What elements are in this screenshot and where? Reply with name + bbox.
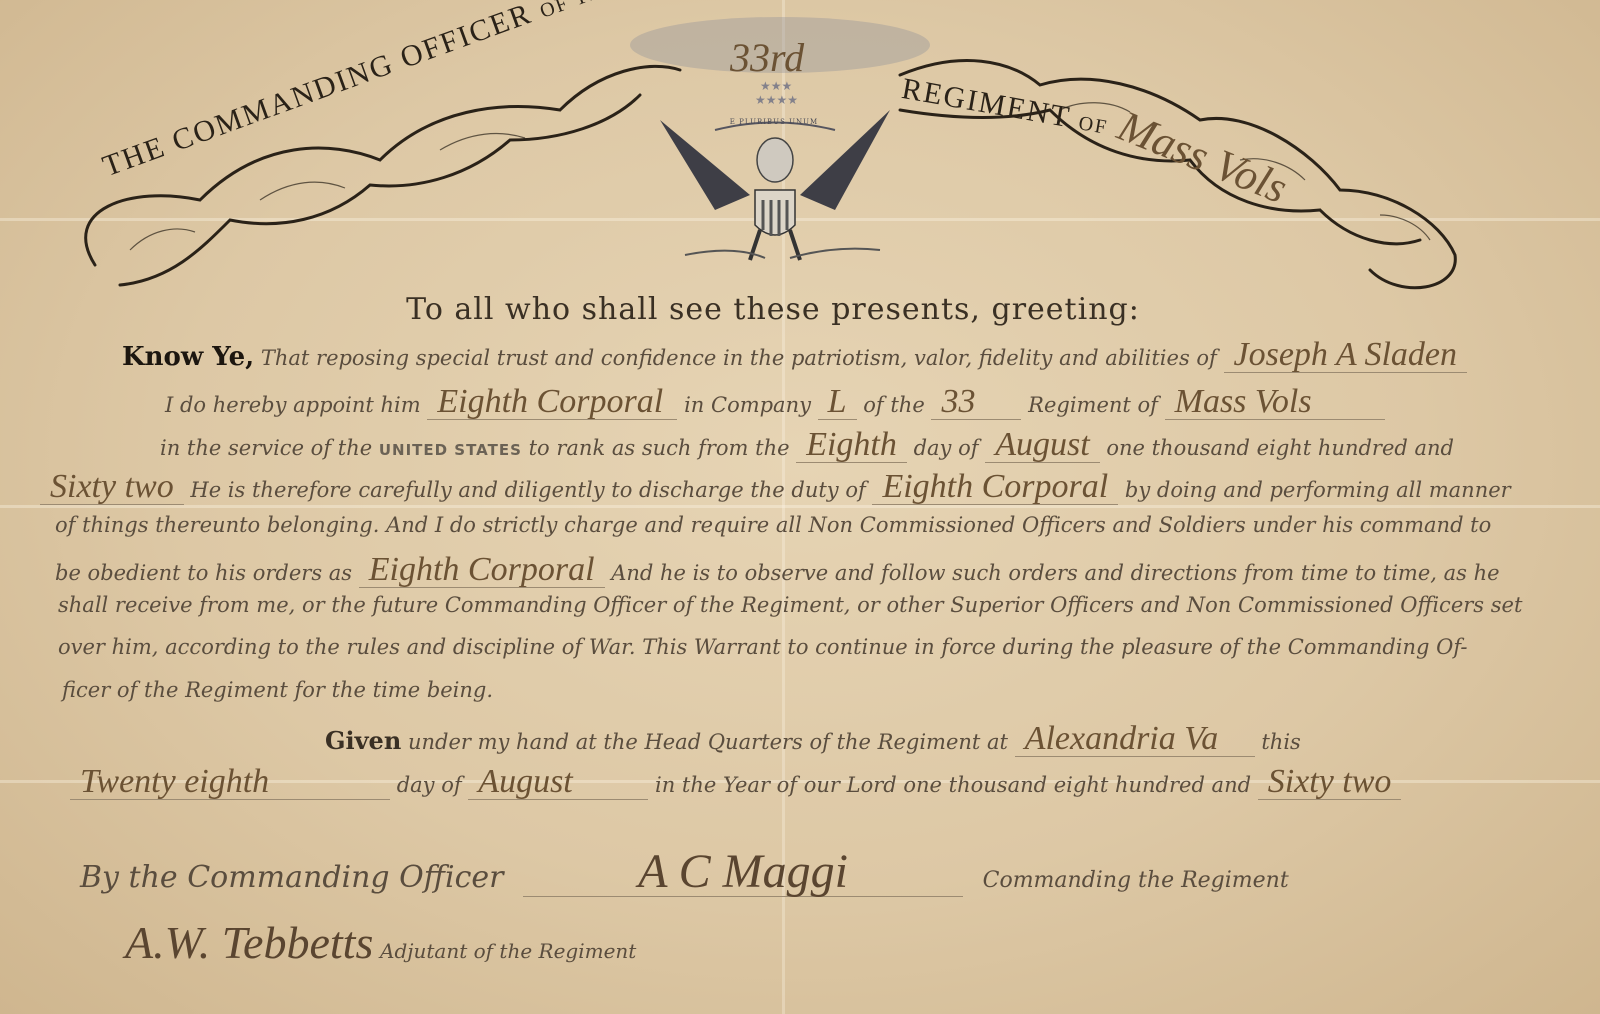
given-year-field: Sixty two [1258, 765, 1402, 800]
body-text: this [1261, 730, 1300, 754]
adjutant-title: Adjutant of the Regiment [380, 939, 636, 963]
rank-day-field: Eighth [796, 428, 907, 463]
given-heading: Given [325, 726, 401, 755]
body-line-7: shall receive from me, or the future Com… [58, 595, 1522, 616]
body-line-8: over him, according to the rules and dis… [58, 637, 1468, 658]
title-of: OF [1077, 112, 1110, 139]
body-text: in the service of the [160, 436, 372, 460]
body-text: in the Year of our Lord one thousand eig… [655, 773, 1251, 797]
regiment-state-body-field: Mass Vols [1165, 385, 1385, 420]
rank-field: Eighth Corporal [427, 385, 677, 420]
fold-crease [0, 505, 1600, 508]
body-line-3: in the service of the UNITED STATES to r… [160, 428, 1454, 463]
commander-title: Commanding the Regiment [983, 868, 1289, 893]
svg-text:★★★★: ★★★★ [755, 93, 798, 107]
svg-text:★★★: ★★★ [760, 79, 792, 93]
body-line-1: Know Ye, That reposing special trust and… [122, 338, 1467, 373]
signature-line-commander: By the Commanding Officer A C Maggi Comm… [80, 848, 1289, 897]
united-states-label: UNITED STATES [379, 441, 522, 459]
body-text: And he is to observe and follow such ord… [611, 561, 1499, 585]
body-text: day of [397, 773, 462, 797]
given-day-field: Twenty eighth [70, 765, 390, 800]
greeting-text: To all who shall see these presents, gre… [406, 292, 1140, 327]
body-text: That reposing special trust and confiden… [261, 346, 1217, 370]
eagle-emblem-icon: ★★★ ★★★★ [655, 60, 895, 270]
eagle-motto: E PLURIBUS UNUM [718, 118, 830, 126]
know-ye-heading: Know Ye, [122, 342, 254, 372]
body-text: to rank as such from the [529, 436, 790, 460]
body-text: in Company [684, 393, 811, 417]
body-text: under my hand at the Head Quarters of th… [408, 730, 1008, 754]
body-line-6: be obedient to his orders as Eighth Corp… [55, 553, 1500, 588]
given-line-1: Given under my hand at the Head Quarters… [325, 722, 1301, 757]
body-line-2: I do hereby appoint him Eighth Corporal … [165, 385, 1385, 420]
rank-duty-field: Eighth Corporal [872, 470, 1118, 505]
given-month-field: August [468, 765, 648, 800]
greeting-banner: To all who shall see these presents, gre… [378, 284, 1168, 334]
warrant-document: THE COMMANDING OFFICER OF THE 33rd REGIM… [0, 0, 1600, 1014]
body-text: I do hereby appoint him [165, 393, 421, 417]
body-text: He is therefore carefully and diligently… [190, 478, 865, 502]
company-field: L [818, 385, 857, 420]
body-line-4: Sixty two He is therefore carefully and … [40, 470, 1511, 505]
by-the-commanding-officer-label: By the Commanding Officer [80, 860, 504, 895]
given-line-2: Twenty eighth day of August in the Year … [70, 765, 1401, 800]
signature-line-adjutant: A.W. Tebbetts Adjutant of the Regiment [125, 920, 636, 966]
body-text: Regiment of [1028, 393, 1158, 417]
commander-signature: A C Maggi [523, 848, 963, 897]
rank-orders-field: Eighth Corporal [359, 553, 605, 588]
body-text: be obedient to his orders as [55, 561, 352, 585]
body-text: day of [914, 436, 979, 460]
rank-month-field: August [985, 428, 1099, 463]
body-line-5: of things thereunto belonging. And I do … [55, 515, 1491, 536]
regiment-number-body-field: 33 [931, 385, 1021, 420]
place-field: Alexandria Va [1015, 722, 1255, 757]
body-text: one thousand eight hundred and [1106, 436, 1454, 460]
body-line-9: ficer of the Regiment for the time being… [62, 680, 493, 701]
appointee-name-field: Joseph A Sladen [1224, 338, 1468, 373]
rank-year-field: Sixty two [40, 470, 184, 505]
body-text: by doing and performing all manner [1125, 478, 1511, 502]
body-text: of the [863, 393, 924, 417]
adjutant-signature: A.W. Tebbetts [125, 917, 373, 968]
